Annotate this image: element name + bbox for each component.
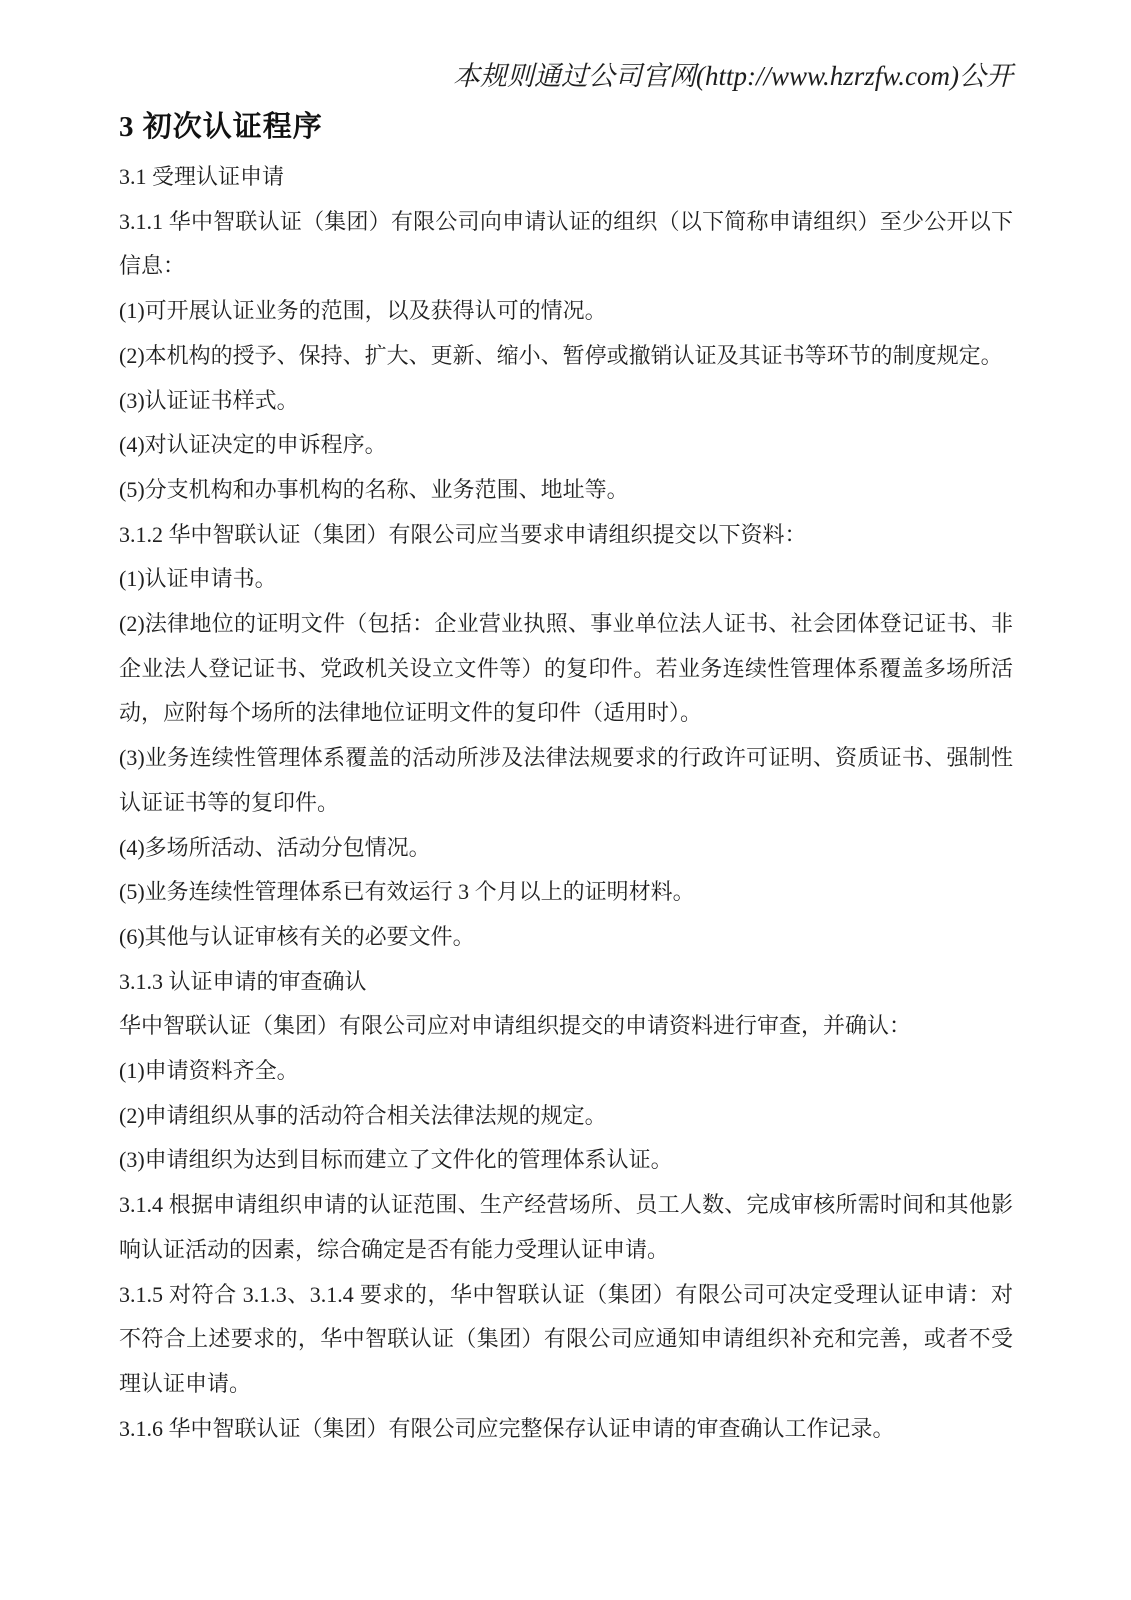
clause-3-1-1: 3.1.1 华中智联认证（集团）有限公司向申请认证的组织（以下简称申请组织）至少… [119,200,1013,289]
list-item-3: (3)认证证书样式。 [119,379,1013,424]
clause-3-1-2: 3.1.2 华中智联认证（集团）有限公司应当要求申请组织提交以下资料： [119,513,1013,558]
document-body: 3.1 受理认证申请 3.1.1 华中智联认证（集团）有限公司向申请认证的组织（… [119,155,1013,1451]
list-item-5: (5)分支机构和办事机构的名称、业务范围、地址等。 [119,468,1013,513]
list-item-2: (2)本机构的授予、保持、扩大、更新、缩小、暂停或撤销认证及其证书等环节的制度规… [119,334,1013,379]
list-item-6: (6)其他与认证审核有关的必要文件。 [119,915,1013,960]
page-header-note: 本规则通过公司官网(http://www.hzrzfw.com)公开 [119,58,1013,94]
section-title: 3 初次认证程序 [119,106,1013,148]
clause-3-1-5: 3.1.5 对符合 3.1.3、3.1.4 要求的，华中智联认证（集团）有限公司… [119,1273,1013,1407]
list-item-4: (4)对认证决定的申诉程序。 [119,423,1013,468]
clause-3-1-heading: 3.1 受理认证申请 [119,155,1013,200]
list-item-5: (5)业务连续性管理体系已有效运行 3 个月以上的证明材料。 [119,870,1013,915]
list-item-3: (3)业务连续性管理体系覆盖的活动所涉及法律法规要求的行政许可证明、资质证书、强… [119,736,1013,825]
clause-3-1-3-heading: 3.1.3 认证申请的审查确认 [119,960,1013,1005]
list-item-2: (2)申请组织从事的活动符合相关法律法规的规定。 [119,1094,1013,1139]
list-item-1: (1)认证申请书。 [119,557,1013,602]
list-item-4: (4)多场所活动、活动分包情况。 [119,826,1013,871]
clause-3-1-4: 3.1.4 根据申请组织申请的认证范围、生产经营场所、员工人数、完成审核所需时间… [119,1183,1013,1272]
list-item-3: (3)申请组织为达到目标而建立了文件化的管理体系认证。 [119,1138,1013,1183]
clause-3-1-6: 3.1.6 华中智联认证（集团）有限公司应完整保存认证申请的审查确认工作记录。 [119,1407,1013,1452]
document-page: 本规则通过公司官网(http://www.hzrzfw.com)公开 3 初次认… [0,0,1131,1600]
list-item-1: (1)申请资料齐全。 [119,1049,1013,1094]
list-item-1: (1)可开展认证业务的范围，以及获得认可的情况。 [119,289,1013,334]
clause-3-1-3-body: 华中智联认证（集团）有限公司应对申请组织提交的申请资料进行审查，并确认： [119,1004,1013,1049]
list-item-2: (2)法律地位的证明文件（包括：企业营业执照、事业单位法人证书、社会团体登记证书… [119,602,1013,736]
